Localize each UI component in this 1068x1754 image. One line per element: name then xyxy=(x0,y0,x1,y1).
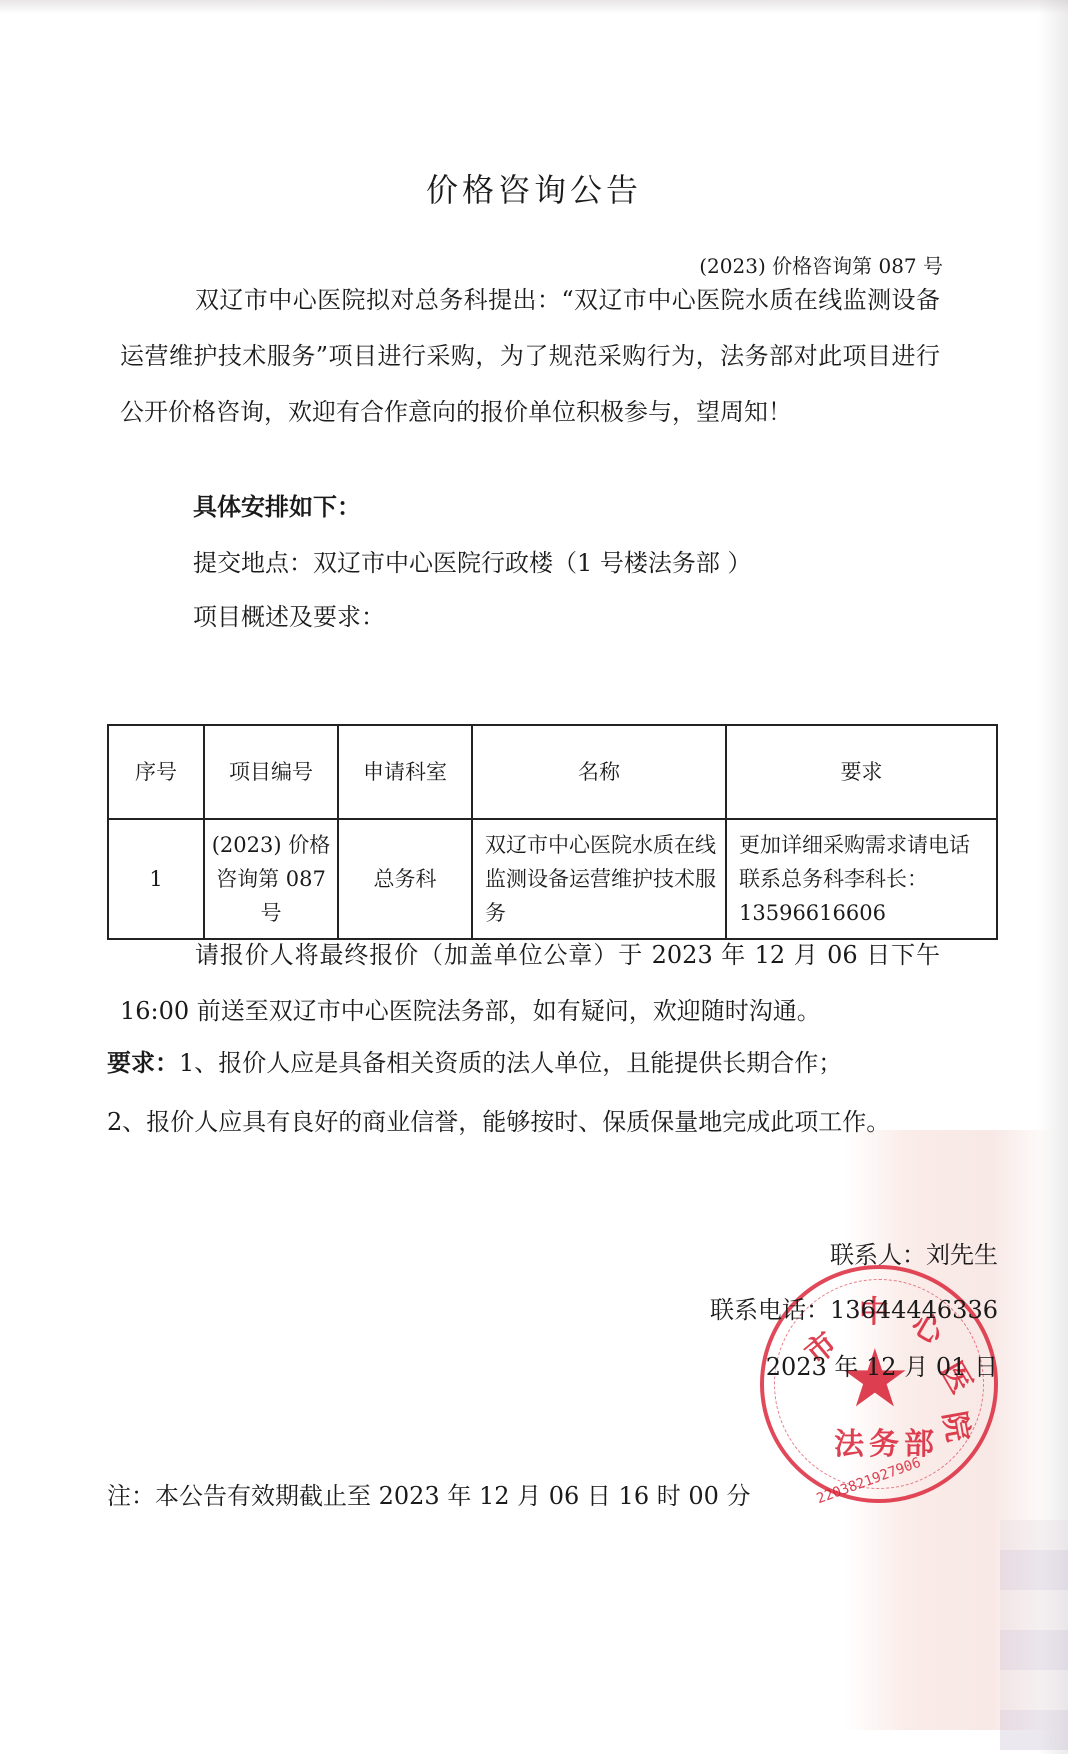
document-page: 价格咨询公告 (2023) 价格咨询第 087 号 双辽市中心医院拟对总务科提出… xyxy=(0,0,1068,1754)
col-header-index: 序号 xyxy=(108,725,204,819)
requirements-label: 要求： xyxy=(107,1049,179,1077)
intro-paragraph: 双辽市中心医院拟对总务科提出：“双辽市中心医院水质在线监测设备运营维护技术服务”… xyxy=(120,272,940,440)
seal-char: 法 xyxy=(834,1419,864,1463)
contact-person: 联系人：刘先生 xyxy=(830,1235,998,1270)
col-header-project-no: 项目编号 xyxy=(204,725,338,819)
arrangement-heading: 具体安排如下： xyxy=(193,487,361,522)
overview-heading: 项目概述及要求： xyxy=(193,597,385,632)
cell-name: 双辽市中心医院水质在线监测设备运营维护技术服务 xyxy=(472,819,726,939)
cell-requirement: 更加详细采购需求请电话联系总务科李科长：13596616606 xyxy=(726,819,997,939)
col-header-name: 名称 xyxy=(472,725,726,819)
table-row: 1 (2023) 价格咨询第 087 号 总务科 双辽市中心医院水质在线监测设备… xyxy=(108,819,997,939)
cell-department: 总务科 xyxy=(338,819,472,939)
cell-project-no: (2023) 价格咨询第 087 号 xyxy=(204,819,338,939)
requirement-2: 2、报价人应具有良好的商业信誉，能够按时、保质保量地完成此项工作。 xyxy=(107,1094,987,1150)
col-header-department: 申请科室 xyxy=(338,725,472,819)
validity-note: 注：本公告有效期截止至 2023 年 12 月 06 日 16 时 00 分 xyxy=(107,1476,751,1511)
redacted-region xyxy=(1000,1520,1068,1750)
deadline-paragraph: 请报价人将最终报价（加盖单位公章）于 2023 年 12 月 06 日下午 16… xyxy=(120,927,940,1039)
document-title: 价格咨询公告 xyxy=(0,165,1068,211)
table-header-row: 序号 项目编号 申请科室 名称 要求 xyxy=(108,725,997,819)
cell-index: 1 xyxy=(108,819,204,939)
requirement-1-line: 要求：1、报价人应是具备相关资质的法人单位，且能提供长期合作； xyxy=(107,1043,842,1078)
scan-shadow-top xyxy=(0,0,1068,14)
seal-char: 务 xyxy=(869,1419,899,1463)
seal-char: 部 xyxy=(904,1419,934,1463)
document-date: 2023 年 12 月 01 日 xyxy=(766,1347,998,1382)
col-header-requirement: 要求 xyxy=(726,725,997,819)
project-table: 序号 项目编号 申请科室 名称 要求 1 (2023) 价格咨询第 087 号 … xyxy=(107,724,998,940)
submission-location: 提交地点：双辽市中心医院行政楼（1 号楼法务部 ） xyxy=(193,543,752,578)
seal-char: 院 xyxy=(935,1407,984,1444)
requirement-1: 1、报价人应是具备相关资质的法人单位，且能提供长期合作； xyxy=(179,1049,842,1077)
contact-phone: 联系电话：13644446336 xyxy=(710,1290,998,1325)
